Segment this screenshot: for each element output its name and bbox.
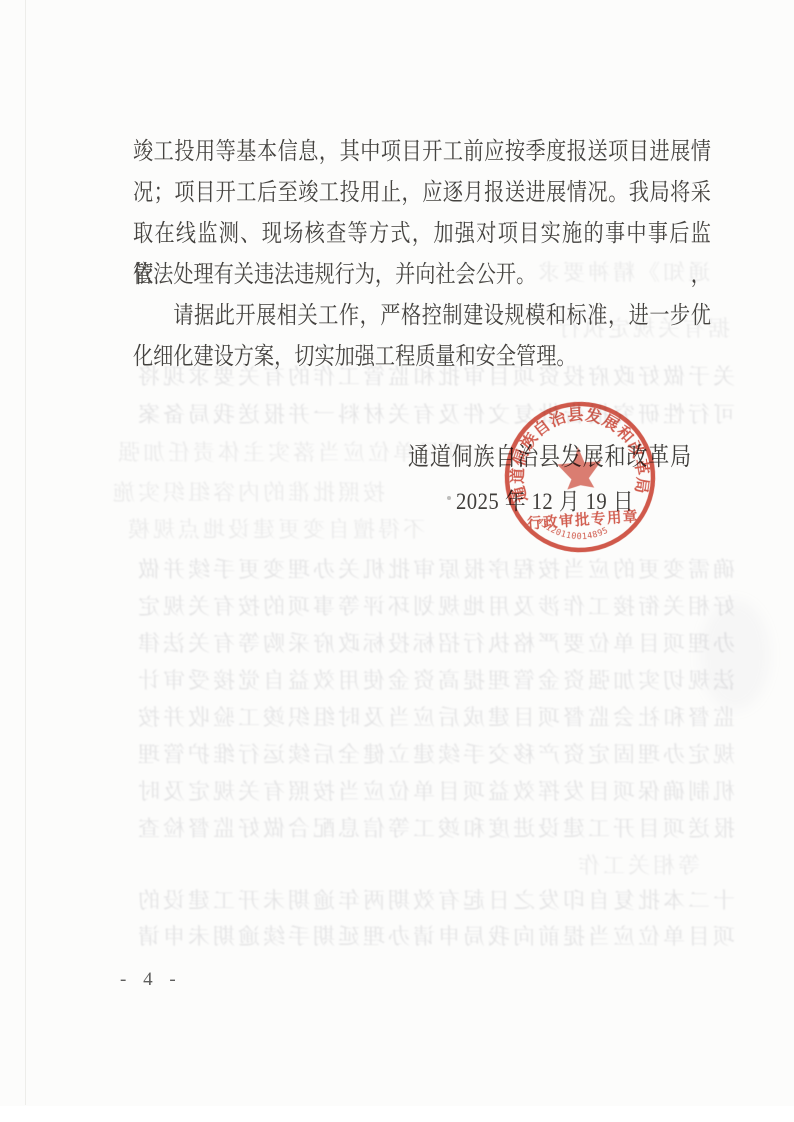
text-line: 化细化建设方案，切实加强工程质量和安全管理。 bbox=[133, 337, 711, 378]
bleedthrough-line: 办理项目单位要严格执行招标投标政府采购等有关法律 bbox=[85, 629, 735, 659]
official-seal: 通道侗族自治县发展和改革局 行政审批专用章 43120110014895 bbox=[486, 383, 674, 571]
bleedthrough-line: 报送项目开工建设进度和竣工等信息配合做好监督检查 bbox=[85, 814, 735, 844]
text-line: 竣工投用等基本信息，其中项目开工前应按季度报送项目进展情 bbox=[133, 132, 711, 173]
bleedthrough-line: 规定办理固定资产移交手续建立健全后续运行维护管理 bbox=[85, 740, 735, 770]
text-line: 请据此开展相关工作，严格控制建设规模和标准，进一步优 bbox=[133, 296, 711, 337]
bleedthrough-line: 等相关工作 bbox=[470, 851, 700, 881]
scanned-document-page: 通知》精神要求 据有关规定执行 关于做好政府投资项目审批和监管工作的有关要求现将… bbox=[0, 0, 794, 1122]
text-line: 况；项目开工后至竣工投用止，应逐月报送进展情况。我局将采 bbox=[133, 173, 711, 214]
bleedthrough-line: 法规切实加强资金管理提高资金使用效益自觉接受审计 bbox=[85, 666, 735, 696]
star-icon bbox=[556, 446, 603, 491]
bleedthrough-line: 不得擅自变更建设地点规模 bbox=[85, 515, 425, 545]
scanner-margin bbox=[0, 1106, 794, 1122]
page-edge-line bbox=[25, 0, 26, 1105]
bleedthrough-line: 按照批准的内容组织实施 bbox=[85, 478, 385, 508]
bleedthrough-line: 好相关衔接工作涉及用地规划环评等事项的按有关规定 bbox=[85, 592, 735, 622]
bleedthrough-line: 项目单位应当提前向我局申请办理延期手续逾期未申请 bbox=[85, 922, 735, 952]
page-number: - 4 - bbox=[120, 969, 182, 991]
bleedthrough-line: 十二本批复自印发之日起有效期两年逾期未开工建设的 bbox=[100, 886, 735, 916]
body-text: 竣工投用等基本信息，其中项目开工前应按季度报送项目进展情 况；项目开工后至竣工投… bbox=[133, 132, 711, 378]
bleedthrough-line: 监督和社会监督项目建成后应当及时组织竣工验收并按 bbox=[85, 703, 735, 733]
text-line: 取在线监测、现场核查等方式，加强对项目实施的事中事后监管， bbox=[133, 214, 711, 255]
ink-dot bbox=[447, 496, 451, 500]
bleedthrough-line: 机制确保项目发挥效益项目单位应当按照有关规定及时 bbox=[85, 777, 735, 807]
